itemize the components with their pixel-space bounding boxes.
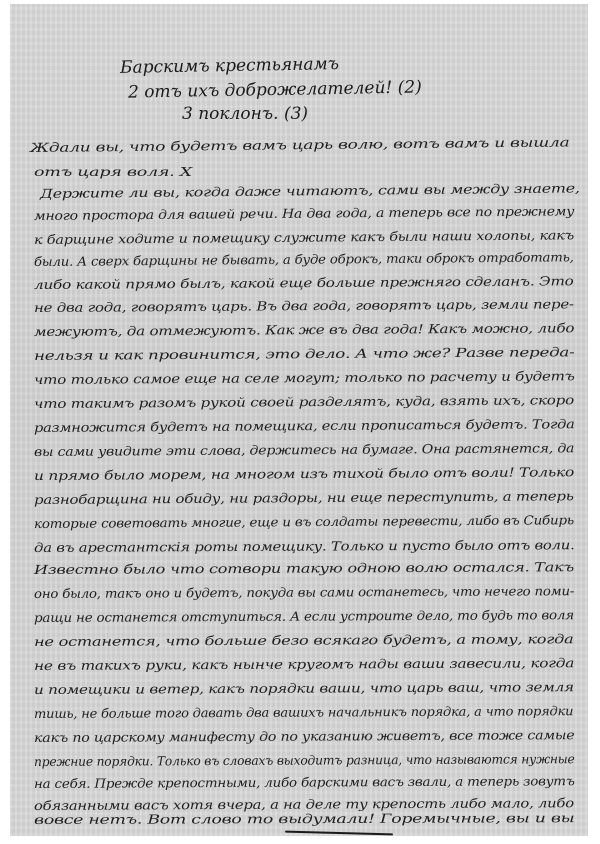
body-line: на себя. Прежде крепостными, либо барски… <box>34 773 575 791</box>
body-line: отъ царя воля. Х <box>34 164 192 179</box>
body-line: либо какой прямо былъ, какой еще больше … <box>34 273 574 292</box>
body-line: были. А сверх барщины не бывать, а буде … <box>34 249 574 269</box>
body-line: что только самое еще на селе могут; толь… <box>34 368 575 387</box>
body-line: не два года, говорятъ царь. Въ два года,… <box>34 296 574 315</box>
heading-line-1: Барскимъ крестьянамъ <box>120 54 339 78</box>
manuscript-page: Барскимъ крестьянамъ 2 отъ ихъ доброжела… <box>10 4 588 836</box>
body-line: не останется, что больше безо всякаго бу… <box>34 631 574 649</box>
body-line: тишь, не больше того давать два вашихъ н… <box>34 703 573 721</box>
body-line: какъ по царскому манифесту до по указани… <box>34 727 574 745</box>
body-line: и прямо было морем, на многом изъ тихой … <box>34 464 574 483</box>
heading-line-2: 2 отъ ихъ доброжелателей! (2) <box>128 77 422 102</box>
body-line: межуютъ, да отмежуютъ. Как же въ два год… <box>34 320 574 339</box>
body-line: прежние порядки. Только въ словахъ выход… <box>34 751 575 769</box>
body-line: Держите ли вы, когда даже читаютъ, сами … <box>40 180 580 201</box>
body-line: вовсе нетъ. Вот слово то выдумали! Горем… <box>34 810 574 827</box>
body-line: которые советовать многие, еще и въ солд… <box>34 512 574 531</box>
underline-mark <box>285 831 393 836</box>
body-line: вы сами увидите эти слова, держитесь на … <box>34 440 574 459</box>
body-line: ращи не останется отступиться. А если ус… <box>34 607 574 625</box>
body-line: Известно было что сотвори такую одною во… <box>34 559 574 577</box>
body-line: Ждали вы, что будетъ вамъ царь волю, вот… <box>30 134 570 155</box>
body-line: размножится будетъ на помещика, если про… <box>34 416 575 435</box>
body-line: не въ такихъ руки, какъ нынче кругомъ на… <box>34 655 574 673</box>
body-line: разнобарщина ни обиду, ни раздоры, ни ещ… <box>34 488 574 507</box>
body-line: да въ арестантскiя роты помещику. Только… <box>34 537 575 555</box>
body-line: много простора для вашей речи. На два го… <box>34 203 574 223</box>
body-line: оно было, такъ оно и будетъ, покуда вы с… <box>34 583 574 601</box>
body-line: нельзя и как провинится, это дело. А что… <box>34 344 575 363</box>
heading-line-3: 3 поклонъ. (3) <box>182 104 308 124</box>
body-line: к барщине ходите и помещику служите какъ… <box>34 227 574 247</box>
body-line: что такимъ разомъ рукой своей разделятъ,… <box>34 392 574 411</box>
body-line: и помещики и ветер, какъ порядки ваши, ч… <box>34 679 574 697</box>
